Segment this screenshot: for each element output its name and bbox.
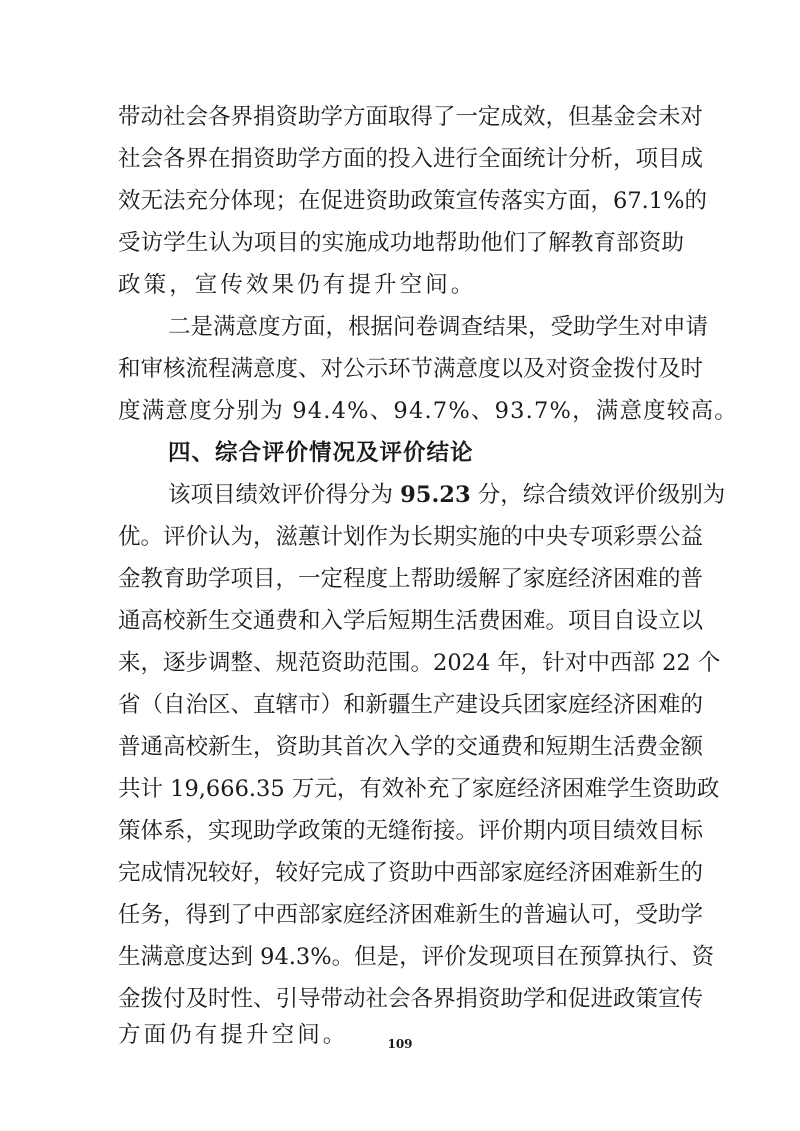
score-suffix: 分，综合绩效评价级别为: [471, 482, 726, 508]
document-page: 带动社会各界捐资助学方面取得了一定成效，但基金会未对 社会各界在捐资助学方面的投…: [0, 0, 800, 1131]
body-text-line: 省（自治区、直辖市）和新疆生产建设兵团家庭经济困难的: [118, 690, 684, 720]
score-prefix: 该项目绩效评价得分为: [168, 482, 400, 508]
body-text-line: 任务，得到了中西部家庭经济困难新生的普遍认可，受助学: [118, 900, 684, 930]
body-text-line: 策体系，实现助学政策的无缝衔接。评价期内项目绩效目标: [118, 816, 684, 846]
body-text-line: 政策，宣传效果仍有提升空间。: [118, 270, 684, 300]
body-text-line: 金教育助学项目，一定程度上帮助缓解了家庭经济困难的普: [118, 564, 684, 594]
body-text-line: 度满意度分别为 94.4%、94.7%、93.7%，满意度较高。: [118, 396, 684, 426]
body-text-line: 二是满意度方面，根据问卷调查结果，受助学生对申请: [168, 312, 684, 342]
body-text-line: 社会各界在捐资助学方面的投入进行全面统计分析，项目成: [118, 144, 684, 174]
body-text-line: 金拨付及时性、引导带动社会各界捐资助学和促进政策宣传: [118, 984, 684, 1014]
body-text-line-with-score: 该项目绩效评价得分为 95.23 分，综合绩效评价级别为: [168, 480, 684, 510]
body-text-line: 效无法充分体现；在促进资助政策宣传落实方面，67.1%的: [118, 186, 684, 216]
body-text-line: 普通高校新生，资助其首次入学的交通费和短期生活费金额: [118, 732, 684, 762]
body-text-line: 通高校新生交通费和入学后短期生活费困难。项目自设立以: [118, 606, 684, 636]
body-text-line: 受访学生认为项目的实施成功地帮助他们了解教育部资助: [118, 228, 684, 258]
body-text-line: 优。评价认为，滋蕙计划作为长期实施的中央专项彩票公益: [118, 522, 684, 552]
page-number: 109: [370, 1037, 430, 1051]
body-text-line: 和审核流程满意度、对公示环节满意度以及对资金拨付及时: [118, 354, 684, 384]
evaluation-score: 95.23: [400, 482, 470, 508]
body-text-line: 来，逐步调整、规范资助范围。2024 年，针对中西部 22 个: [118, 648, 684, 678]
section-heading: 四、综合评价情况及评价结论: [168, 438, 684, 468]
body-text-line: 生满意度达到 94.3%。但是，评价发现项目在预算执行、资: [118, 942, 684, 972]
body-text-line: 带动社会各界捐资助学方面取得了一定成效，但基金会未对: [118, 102, 684, 132]
body-text-line: 完成情况较好，较好完成了资助中西部家庭经济困难新生的: [118, 858, 684, 888]
body-text-line: 共计 19,666.35 万元，有效补充了家庭经济困难学生资助政: [118, 774, 684, 804]
